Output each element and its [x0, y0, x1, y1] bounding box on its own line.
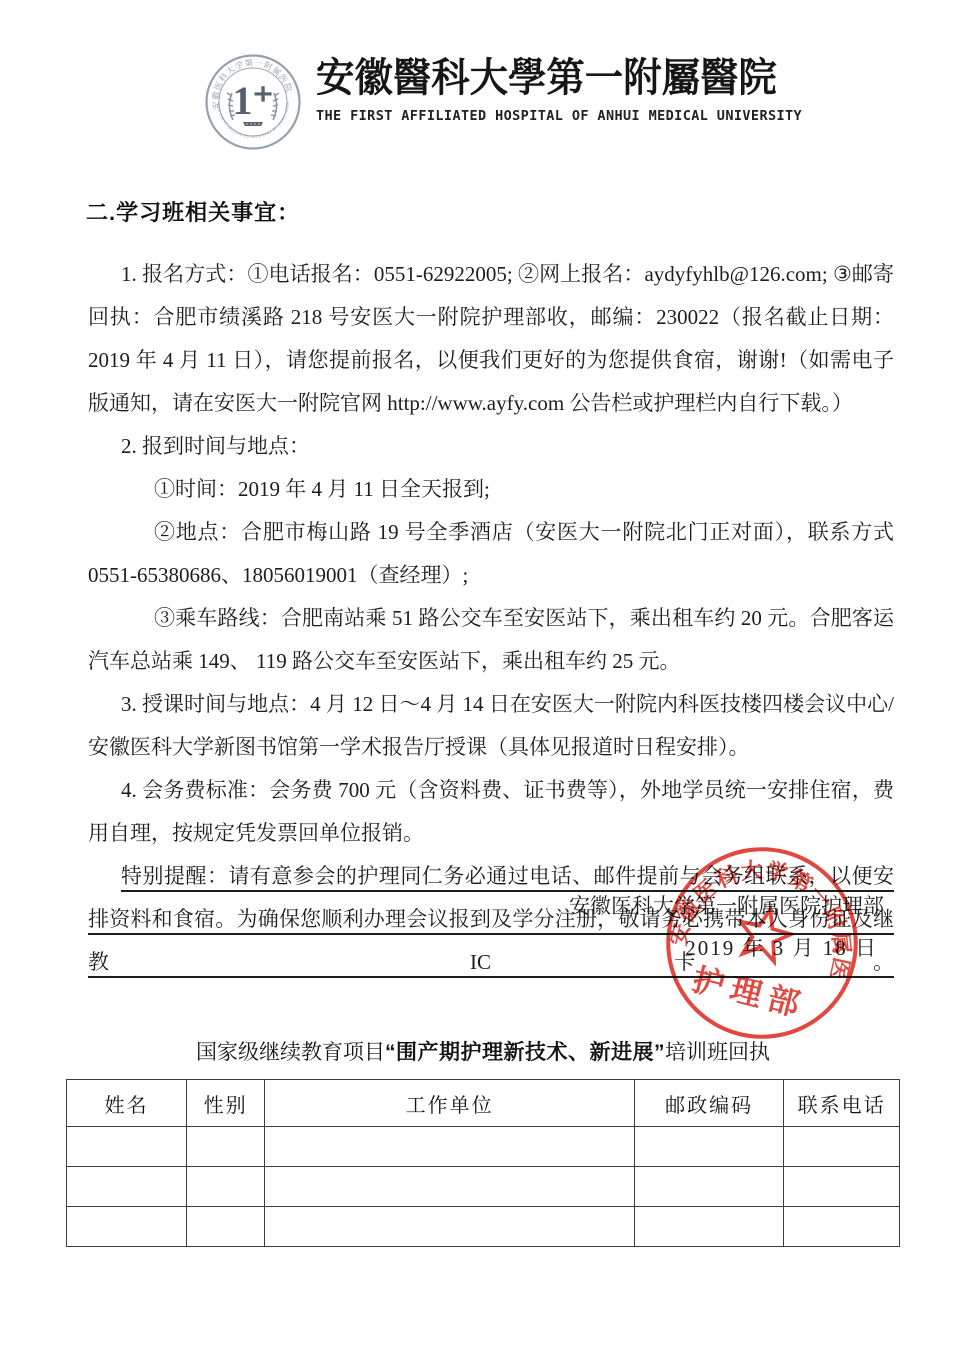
table-cell: [635, 1127, 784, 1167]
column-header-name: 姓名: [67, 1080, 187, 1127]
table-cell: [186, 1127, 264, 1167]
logo-banner: [243, 122, 263, 126]
paragraph-checkin-time: ①时间：2019 年 4 月 11 日全天报到;: [88, 468, 894, 511]
column-header-gender: 性别: [186, 1080, 264, 1127]
reply-table: 姓名 性别 工作单位 邮政编码 联系电话: [66, 1079, 900, 1247]
caption-suffix: 培训班回执: [665, 1040, 770, 1064]
table-cell: [67, 1127, 187, 1167]
section-title: 二.学习班相关事宜：: [86, 196, 894, 227]
column-header-postcode: 邮政编码: [635, 1080, 784, 1127]
table-cell: [635, 1207, 784, 1247]
reply-form: 国家级继续教育项目“围产期护理新技术、新进展”培训班回执 姓名 性别 工作单位 …: [66, 1036, 900, 1247]
table-row: [67, 1207, 900, 1247]
column-header-phone: 联系电话: [784, 1080, 900, 1127]
paragraph-registration-methods: 1. 报名方式：①电话报名：0551-62922005; ②网上报名：aydyf…: [88, 253, 894, 425]
logo-number-one: 1⁺: [232, 78, 273, 123]
table-cell: [784, 1167, 900, 1207]
paragraph-checkin-location: ②地点：合肥市梅山路 19 号全季酒店（安医大一附院北门正对面），联系方式 05…: [88, 511, 894, 597]
table-cell: [186, 1167, 264, 1207]
paragraph-lecture-schedule: 3. 授课时间与地点：4 月 12 日～4 月 14 日在安医大一附院内科医技楼…: [88, 683, 894, 769]
table-cell: [784, 1127, 900, 1167]
reply-form-caption: 国家级继续教育项目“围产期护理新技术、新进展”培训班回执: [66, 1036, 900, 1066]
hospital-name-english: THE FIRST AFFILIATED HOSPITAL OF ANHUI M…: [316, 108, 786, 124]
table-cell: [635, 1167, 784, 1207]
table-cell: [265, 1207, 635, 1247]
letter-body: 二.学习班相关事宜： 1. 报名方式：①电话报名：0551-62922005; …: [88, 196, 894, 984]
hospital-name-calligraphy: 安徽醫科大學第一附屬醫院: [316, 54, 767, 102]
caption-prefix: 国家级继续教育项目: [196, 1040, 385, 1064]
table-cell: [265, 1167, 635, 1207]
letterhead-titles: 安徽醫科大學第一附屬醫院 THE FIRST AFFILIATED HOSPIT…: [316, 54, 786, 124]
table-cell: [784, 1207, 900, 1247]
letterhead: 安徽医科大学第一附属医院 THE FIRST AFFILIATED HOSPIT…: [0, 50, 960, 160]
table-cell: [67, 1167, 187, 1207]
caption-course-title: “围产期护理新技术、新进展”: [385, 1041, 665, 1064]
table-cell: [186, 1207, 264, 1247]
column-header-workunit: 工作单位: [265, 1080, 635, 1127]
paragraph-checkin-heading: 2. 报到时间与地点：: [88, 425, 894, 468]
signature-block: 安徽医科大学第一附属医院护理部 2019 年 3 月 18 日: [569, 885, 884, 969]
hospital-logo-icon: 安徽医科大学第一附属医院 THE FIRST AFFILIATED HOSPIT…: [203, 52, 303, 152]
paragraph-fees: 4. 会务费标准：会务费 700 元（含资料费、证书费等），外地学员统一安排住宿…: [88, 769, 894, 855]
signature-organization: 安徽医科大学第一附属医院护理部: [569, 885, 884, 927]
table-cell: [67, 1207, 187, 1247]
signature-date: 2019 年 3 月 18 日: [569, 927, 878, 969]
table-row: [67, 1167, 900, 1207]
scanned-letter-page: 安徽医科大学第一附属医院 THE FIRST AFFILIATED HOSPIT…: [0, 0, 960, 1360]
table-header-row: 姓名 性别 工作单位 邮政编码 联系电话: [67, 1080, 900, 1127]
table-row: [67, 1127, 900, 1167]
paragraph-bus-routes: ③乘车路线：合肥南站乘 51 路公交车至安医站下，乘出租车约 20 元。合肥客运…: [88, 597, 894, 683]
table-cell: [265, 1127, 635, 1167]
